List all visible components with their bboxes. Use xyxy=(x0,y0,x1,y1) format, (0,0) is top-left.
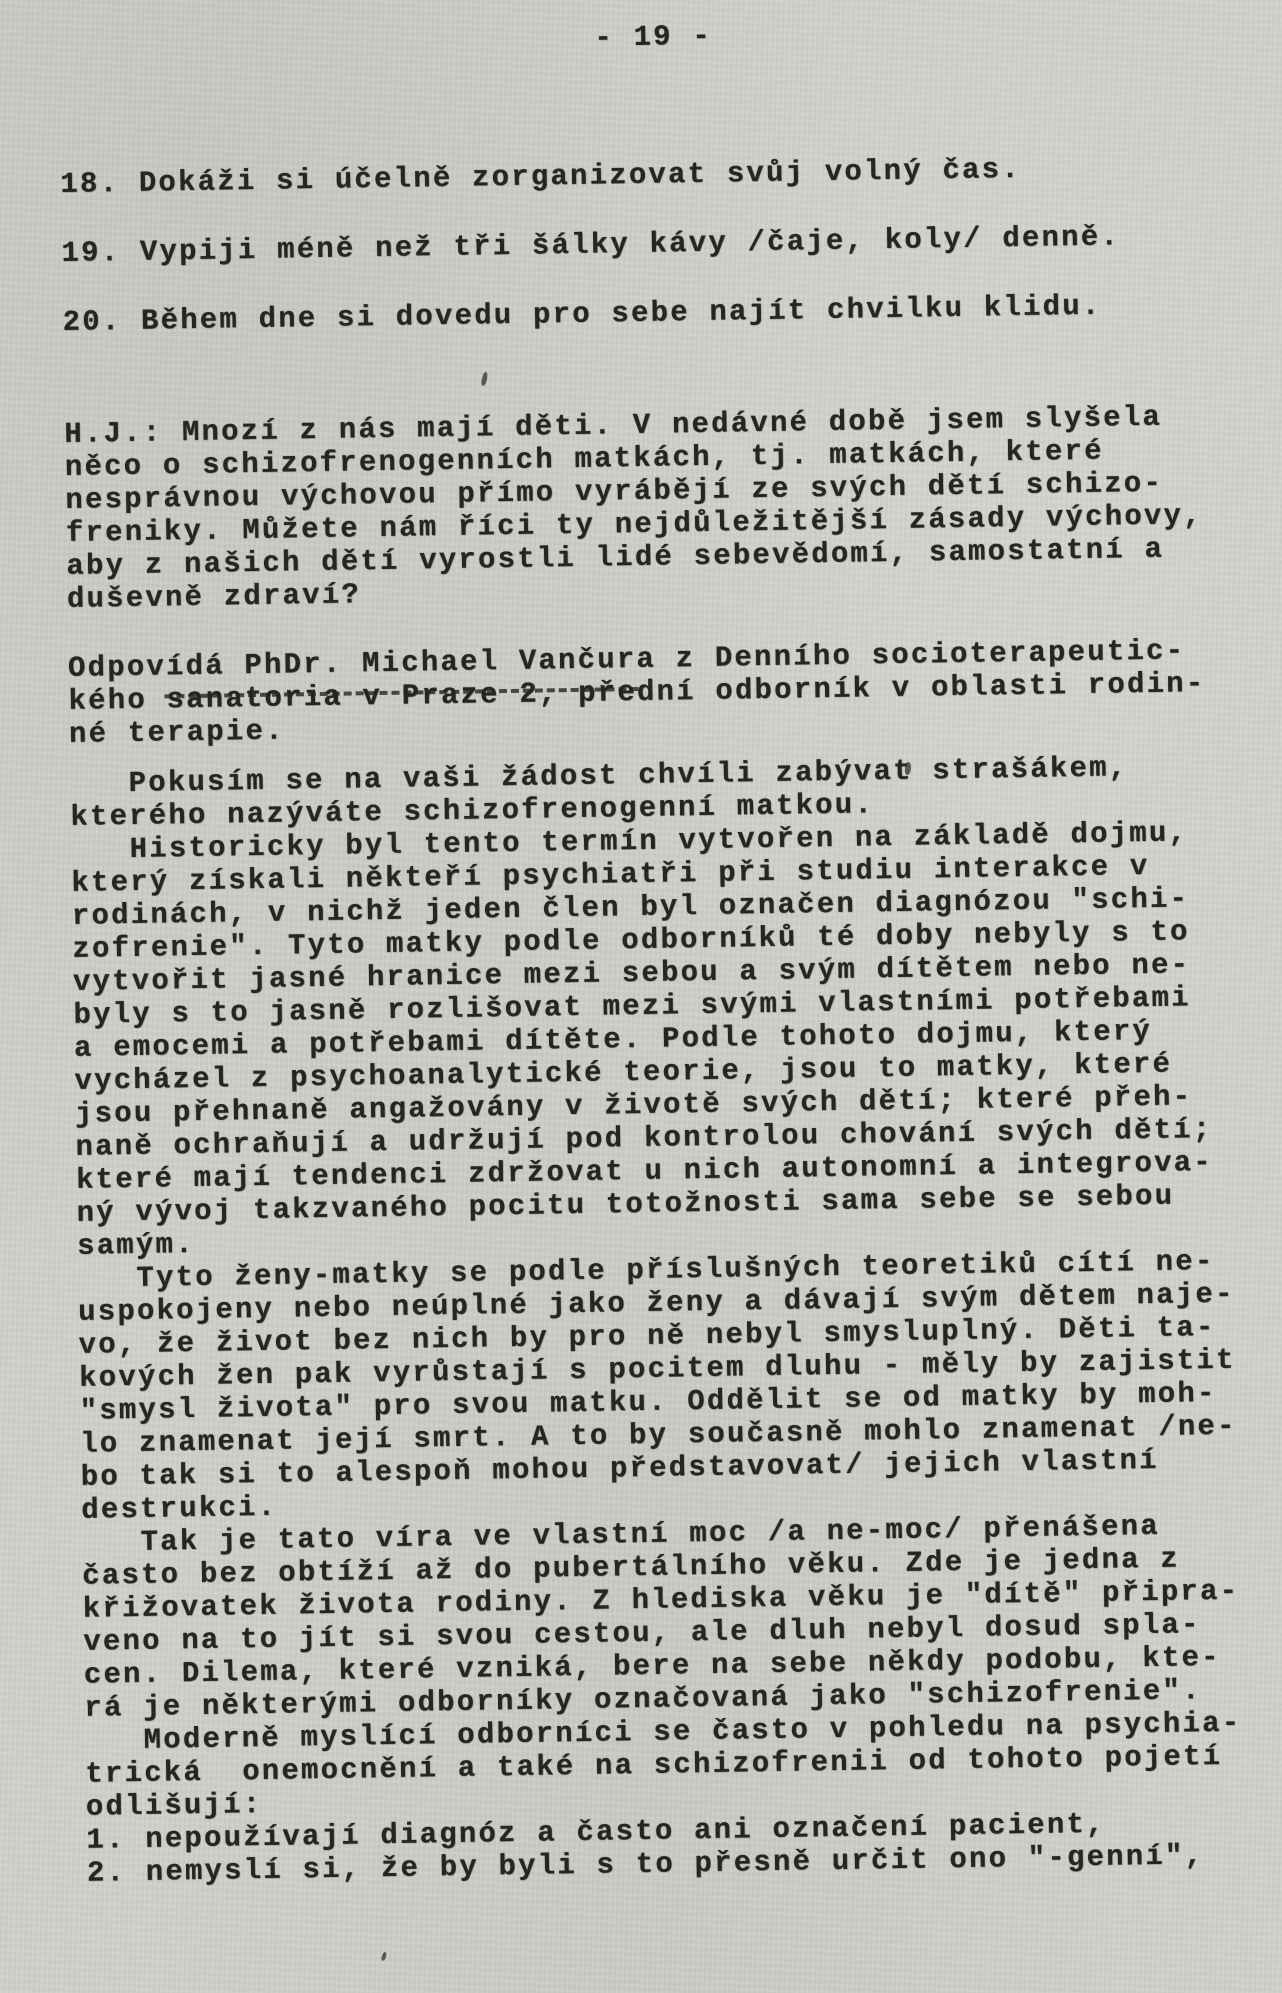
question-paragraph: H.J.: Mnozí z nás mají děti. V nedávné d… xyxy=(64,399,1257,616)
typewritten-sheet: - 19 - 18. Dokáži si účelně zorganizovat… xyxy=(0,0,1282,1993)
struck-text: sanatoria v Praze 2, pře xyxy=(166,676,637,716)
checklist-item-19: 19. Vypiji méně než tři šálky kávy /čaje… xyxy=(61,218,1251,270)
answer-paragraph-3: Tyto ženy-matky se podle příslušných teo… xyxy=(77,1244,1271,1527)
answer-author-paragraph: Odpovídá PhDr. Michael Vančura z Denního… xyxy=(68,633,1259,751)
answer-paragraph-4: Tak je tato víra ve vlastní moc /a ne-mo… xyxy=(82,1508,1275,1725)
page-number: - 19 - xyxy=(58,11,1248,63)
checklist-item-20: 20. Během dne si dovedu pro sebe najít c… xyxy=(62,287,1252,339)
checklist-item-18: 18. Dokáži si účelně zorganizovat svůj v… xyxy=(60,149,1250,201)
document-content: - 19 - 18. Dokáži si účelně zorganizovat… xyxy=(58,11,1277,1889)
checklist-items: 18. Dokáži si účelně zorganizovat svůj v… xyxy=(60,149,1253,339)
answer-paragraph-2: Historicky byl tento termín vytvořen na … xyxy=(71,815,1268,1263)
ink-speck xyxy=(381,1952,388,1962)
answer-body: Pokusím se na vaši žádost chvíli zabývat… xyxy=(70,749,1277,1890)
answer-paragraph-5: Moderně myslící odborníci se často v poh… xyxy=(85,1706,1277,1890)
